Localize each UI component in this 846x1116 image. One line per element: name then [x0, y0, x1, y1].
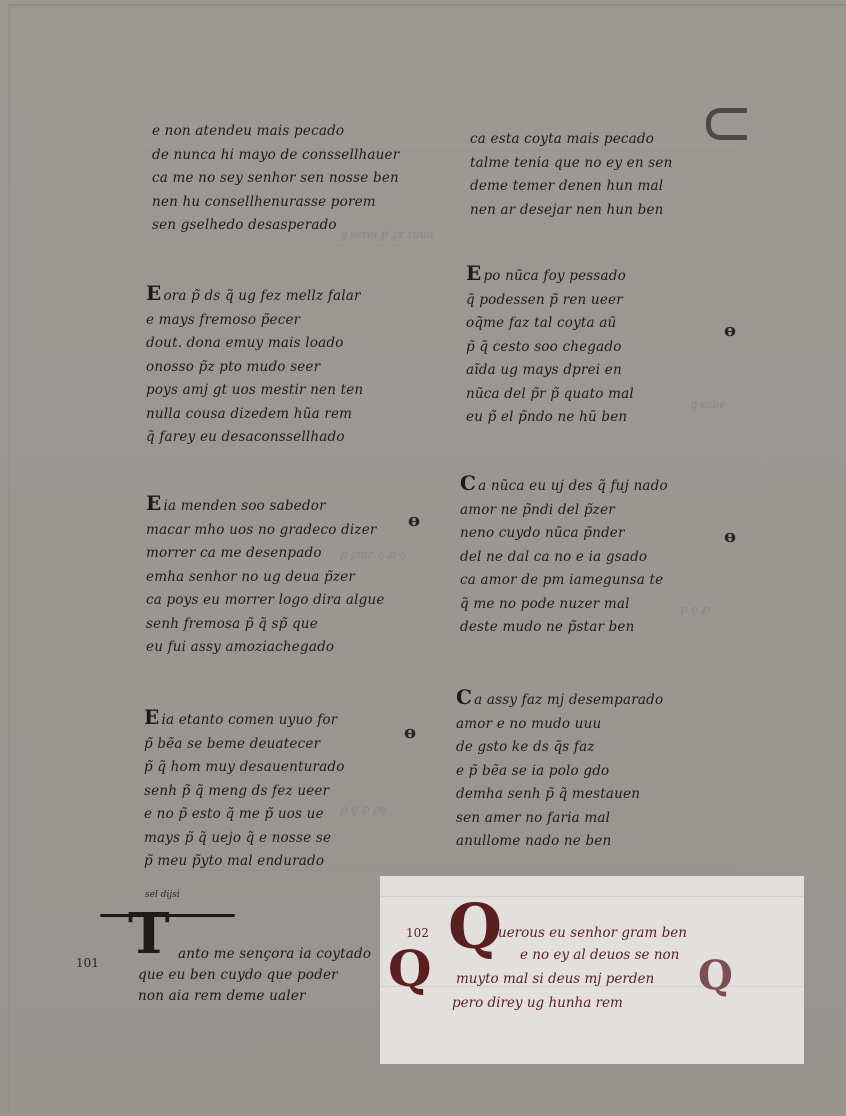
verse-line: eu p̃ el p̃ndo ne hũ ben	[466, 406, 634, 430]
verse-line: neno cuydo nũca p̃nder	[460, 522, 668, 546]
verse-line: poys amj gt uos mestir nen ten	[146, 379, 363, 403]
verse-line: Ca nũca eu uj des q̃ fuj nado	[460, 472, 668, 499]
page-top-edge	[8, 4, 846, 6]
verse-line: amor ne p̃ndi del p̃zer	[460, 499, 668, 523]
ruling-line	[140, 460, 740, 461]
verse-line: pero direy ug hunha rem	[452, 992, 623, 1015]
margin-mark-icon: ɵ	[408, 510, 420, 531]
verse-line: senh fremosa p̃ q̃ sp̃ que	[146, 613, 385, 637]
stanza-initial: E	[146, 491, 161, 515]
ruling-line	[380, 896, 804, 897]
folio-number-left: 101	[76, 956, 99, 970]
verse-line: ca esta coyta mais pecado	[470, 128, 672, 152]
verse-line: de nunca hi mayo de conssellhauer	[152, 144, 399, 168]
margin-mark-icon: ɵ	[724, 320, 736, 341]
verse-line: Ca assy faz mj desemparado	[456, 686, 663, 713]
verse-line: sen amer no faria mal	[456, 807, 663, 831]
stanza-initial: E	[146, 281, 161, 305]
verse-line: que eu ben cuydo que poder	[138, 965, 371, 986]
verse-line: emha senhor no ug deua p̃zer	[146, 566, 385, 590]
verse-line: e mays fremoso p̃ecer	[146, 309, 363, 333]
verse-line: p̃ q̃ cesto soo chegado	[466, 336, 634, 360]
verse-line: muyto mal si deus mj perden	[456, 968, 654, 991]
verse-line: q̃ podessen p̃ ren ueer	[466, 289, 634, 313]
verse-line: nen ar desejar nen hun ben	[470, 199, 672, 223]
bleed-through-text: ꝑ ꝯ ꝓ ꝑꝯ	[340, 800, 386, 820]
margin-mark-icon: ɵ	[724, 526, 736, 547]
verse-line: non aia rem deme ualer	[138, 986, 371, 1007]
verse-line: demha senh p̃ q̃ mestauen	[456, 783, 663, 807]
verse-line: senh p̃ q̃ meng ds fez ueer	[144, 780, 345, 804]
highlighted-region: 102 Q Q Q uerous eu senhor gram ben e no…	[380, 876, 804, 1064]
verse-line: oq̃me faz tal coyta aũ	[466, 312, 634, 336]
verse-line: q̃ farey eu desaconssellhado	[146, 426, 363, 450]
stanza-final: anto me sençora ia coytado que eu ben cu…	[138, 944, 371, 1007]
verse-line: sen gselhedo desasperado	[152, 214, 399, 238]
verse-line: ca amor de pm iamegunsa te	[460, 569, 668, 593]
decorated-initial-q: Q	[698, 956, 733, 996]
stanza-initial: C	[460, 471, 476, 495]
verse-line: amor e no mudo uuu	[456, 713, 663, 737]
verse-line: nen hu consellhenurasse porem	[152, 191, 399, 215]
stanza-left-1: e non atendeu mais pecado de nunca hi ma…	[152, 120, 399, 238]
verse-line: onosso p̃z pto mudo seer	[146, 356, 363, 380]
verse-line: deste mudo ne p̃star ben	[460, 616, 668, 640]
rubric-note: sel dijsi	[145, 890, 180, 900]
verse-line: Eia etanto comen uyuo for	[144, 706, 345, 733]
verse-line: uerous eu senhor gram ben	[498, 922, 687, 945]
verse-line: q̃ me no pode nuzer mal	[460, 593, 668, 617]
stanza-right-2: Epo nũca foy pessado q̃ podessen p̃ ren …	[466, 262, 634, 430]
stanza-left-4: Eia etanto comen uyuo for p̃ bẽa se beme…	[144, 706, 345, 874]
verse-line: Eora p̃ ds q̃ ug fez mellz falar	[146, 282, 363, 309]
verse-line: p̃ q̃ hom muy desauenturado	[144, 756, 345, 780]
verse-line: e non atendeu mais pecado	[152, 120, 399, 144]
page-left-edge	[8, 6, 10, 1116]
bleed-through-text: ꝑ ꝯ ꝓ	[680, 600, 709, 620]
folio-number-right: 102	[406, 926, 429, 940]
verse-line: del ne dal ca no e ia gsado	[460, 546, 668, 570]
verse-line: Eia menden soo sabedor	[146, 492, 385, 519]
verse-line: anullome nado ne ben	[456, 830, 663, 854]
decorated-initial-q: Q	[388, 944, 432, 994]
verse-line: de gsto ke ds q̃s faz	[456, 736, 663, 760]
stanza-right-4: Ca assy faz mj desemparado amor e no mud…	[456, 686, 663, 854]
stanza-right-3: Ca nũca eu uj des q̃ fuj nado amor ne p̃…	[460, 472, 668, 640]
verse-line: nulla cousa dizedem hũa rem	[146, 403, 363, 427]
verse-line: aĩda ug mays dprei en	[466, 359, 634, 383]
ruling-line	[140, 245, 740, 246]
verse-line: mays p̃ q̃ uejo q̃ e nosse se	[144, 827, 345, 851]
stanza-right-1: ca esta coyta mais pecado talme tenia qu…	[470, 128, 672, 222]
stanza-left-3: Eia menden soo sabedor macar mho uos no …	[146, 492, 385, 660]
verse-line: e no p̃ esto q̃ me p̃ uos ue	[144, 803, 345, 827]
margin-mark-icon: ɵ	[404, 722, 416, 743]
verse-line: anto me sençora ia coytado	[138, 944, 371, 965]
bleed-through-text: ꝯ sabẽ	[690, 395, 726, 415]
verse-line: morrer ca me desenpado	[146, 542, 385, 566]
verse-line: p̃ meu p̃yto mal endurado	[144, 850, 345, 874]
verse-line: nũca del p̃r p̃ quato mal	[466, 383, 634, 407]
verse-line: p̃ bẽa se beme deuatecer	[144, 733, 345, 757]
verse-line: macar mho uos no gradeco dizer	[146, 519, 385, 543]
stanza-initial: E	[144, 705, 159, 729]
verse-line: talme tenia que no ey en sen	[470, 152, 672, 176]
verse-line: deme temer denen hun mal	[470, 175, 672, 199]
verse-line: dout. dona emuy mais loado	[146, 332, 363, 356]
verse-line: ca poys eu morrer logo dira algue	[146, 589, 385, 613]
verse-line: eu fui assy amoziachegado	[146, 636, 385, 660]
verse-line: ca me no sey senhor sen nosse ben	[152, 167, 399, 191]
verse-line: e p̃ bẽa se ia polo gdo	[456, 760, 663, 784]
stanza-left-2: Eora p̃ ds q̃ ug fez mellz falar e mays …	[146, 282, 363, 450]
flourish-mark	[706, 108, 747, 140]
verse-line: Epo nũca foy pessado	[466, 262, 634, 289]
decorated-initial-q: Q	[448, 896, 502, 958]
stanza-initial: E	[466, 261, 481, 285]
verse-line: e no ey al deuos se non	[520, 944, 679, 967]
ruling-line	[140, 680, 740, 681]
stanza-initial: C	[456, 685, 472, 709]
manuscript-page: ꝯ serei p̃ ꝓr tuuo ꝯ sabẽ ꝑ ꝑmr ꝯ ꝓ ꝯ ꝑ …	[0, 0, 846, 1116]
